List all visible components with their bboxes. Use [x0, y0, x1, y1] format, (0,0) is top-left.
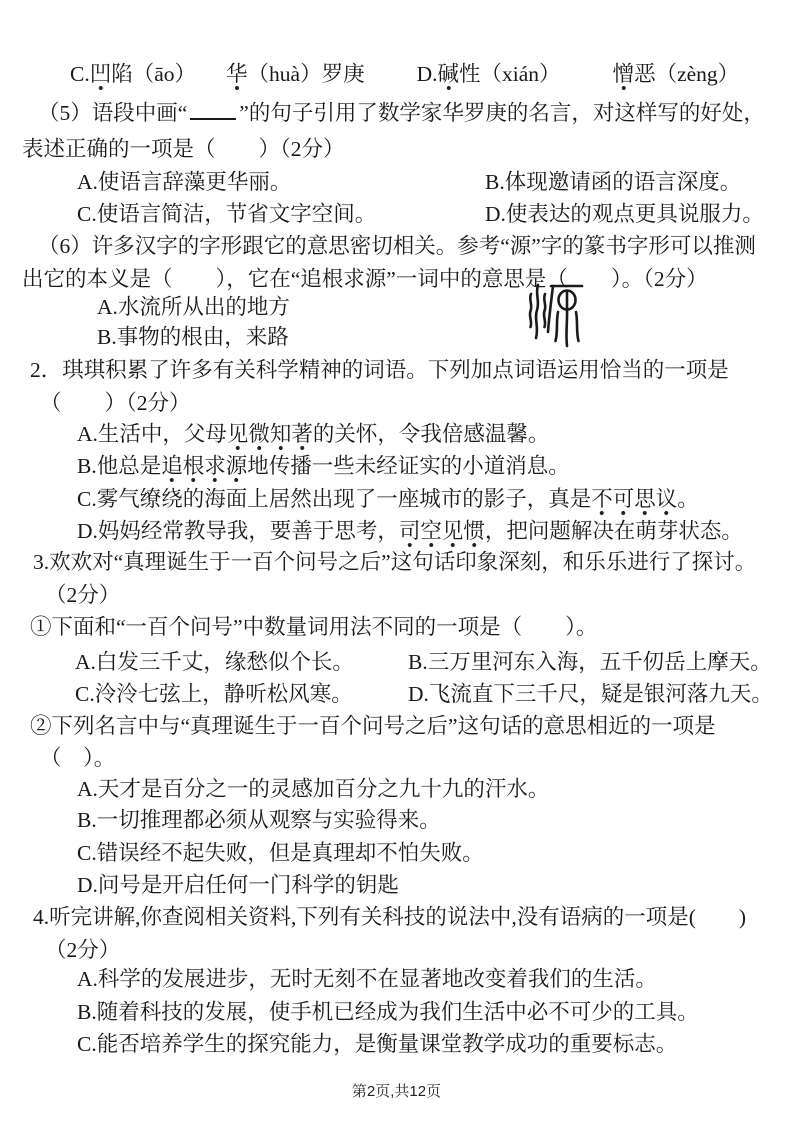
text-run: 的关怀，令我倍感温馨。 [313, 422, 550, 446]
q2-option-d: D.妈妈经常教导我，要善于思考，司空见惯，把问题解决在萌芽状态。 [0, 517, 793, 547]
q2-stem-line1: 2．琪琪积累了许多有关科学精神的词语。下列加点词语运用恰当的一项是 [0, 356, 793, 386]
text-run: （5）语段中画“ [38, 101, 187, 125]
text-run: D.使表达的观点更具说服力。 [485, 202, 764, 226]
text-run: （huà）罗庚 [248, 62, 365, 86]
line-part: C.泠泠七弦上，静听松风寒。 [75, 680, 353, 708]
line-part: ①下面和“一百个问号”中数量词用法不同的一项是（ ）。 [30, 613, 597, 641]
text-run: 。 [677, 487, 699, 511]
text-run: 恶（zèng） [634, 62, 739, 86]
q4-stem-line2: （2分） [0, 936, 793, 966]
q3-stem-line1: 3.欢欢对“真理诞生于一百个问号之后”这句话印象深刻，和乐乐进行了探讨。 [0, 548, 793, 578]
emphasis-dotted-word: 见微知著 [227, 422, 313, 451]
q1-6-option-a: A.水流所从出的地方 [0, 293, 793, 323]
line-part: D.问号是开启任何一门科学的钥匙 [77, 871, 399, 899]
text-run: （2分） [45, 583, 120, 607]
q2-option-b: B.他总是追根求源地传播一些未经证实的小道消息。 [0, 452, 793, 482]
spacer [365, 80, 417, 81]
line-part: C.雾气缭绕的海面上居然出现了一座城市的影子，真是不可思议。 [77, 485, 699, 513]
q1-5-options-cd: C.使语言简洁，节省文字空间。D.使表达的观点更具说服力。 [0, 200, 793, 230]
text-run: B.三万里河东入海，五千仞岳上摩天。 [408, 650, 772, 674]
line-part: 表述正确的一项是（ ）（2分） [22, 135, 345, 163]
text-run: ”的句子引用了数学家华罗庚的名言，对这样写的好处， [239, 101, 765, 125]
q4-stem-line1: 4.听完讲解,你查阅相关资料,下列有关科技的说法中,没有语病的一项是( ) [0, 903, 793, 933]
line-part: D.使表达的观点更具说服力。 [485, 200, 764, 228]
q3-sub1-options-ab: A.白发三千丈，缘愁似个长。B.三万里河东入海，五千仞岳上摩天。 [0, 648, 793, 678]
line-part: （6）许多汉字的字形跟它的意思密切相关。参考“源”字的篆书字形可以推测 [38, 232, 756, 260]
q3-sub2-stem-line2: （ ）。 [0, 744, 793, 774]
text-run: D.问号是开启任何一门科学的钥匙 [77, 873, 399, 897]
q4-option-a: A.科学的发展进步，无时无刻不在显著地改变着我们的生活。 [0, 965, 793, 995]
exam-page: C.凹陷（āo）华（huà）罗庚D.碱性（xián）憎恶（zèng）（5）语段中… [0, 0, 793, 1122]
line-part: C.能否培养学生的探究能力，是衡量课堂教学成功的重要标志。 [77, 1030, 677, 1058]
text-run: B.体现邀请函的语言深度。 [485, 170, 741, 194]
text-run: A.天才是百分之一的灵感加百分之九十九的汗水。 [77, 777, 549, 801]
line-part: A.使语言辞藻更华丽。 [77, 168, 291, 196]
q1-6-stem-line2: 出它的本义是（ ），它在“追根求源”一词中的意思是（ ）。（2分） [0, 265, 793, 295]
text-run: 地传播一些未经证实的小道消息。 [247, 454, 570, 478]
text-run: 出它的本义是（ ），它在“追根求源”一词中的意思是（ ）。（2分） [22, 267, 708, 291]
line-part: B.事物的根由，来路 [97, 323, 289, 351]
text-run: A.科学的发展进步，无时无刻不在显著地改变着我们的生活。 [77, 967, 657, 991]
line-part: 3.欢欢对“真理诞生于一百个问号之后”这句话印象深刻，和乐乐进行了探讨。 [33, 548, 756, 576]
text-run: ①下面和“一百个问号”中数量词用法不同的一项是（ ）。 [30, 615, 597, 639]
line-part: 4.听完讲解,你查阅相关资料,下列有关科技的说法中,没有语病的一项是( ) [33, 903, 746, 931]
q4-option-b: B.随着科技的发展，使手机已经成为我们生活中必不可少的工具。 [0, 998, 793, 1028]
text-run: ，把问题解决在萌芽状态。 [485, 519, 743, 543]
text-run: A.水流所从出的地方 [97, 295, 290, 319]
q3-stem-line2: （2分） [0, 581, 793, 611]
q1-option-cd-pronunciation: C.凹陷（āo）华（huà）罗庚D.碱性（xián）憎恶（zèng） [0, 60, 793, 90]
text-run: 表述正确的一项是（ ）（2分） [22, 137, 345, 161]
text-run: 性（xián） [459, 62, 561, 86]
text-run: A.生活中，父母 [77, 422, 227, 446]
q3-sub2-stem-line1: ②下列名言中与“真理诞生于一百个问号之后”这句话的意思相近的一项是 [0, 712, 793, 742]
text-run: B.随着科技的发展，使手机已经成为我们生活中必不可少的工具。 [77, 1000, 699, 1024]
line-part: （2分） [45, 936, 120, 964]
text-run: A.白发三千丈，缘愁似个长。 [75, 650, 354, 674]
q3-sub2-option-b: B.一切推理都必须从观察与实验得来。 [0, 806, 793, 836]
seal-script-yuan-icon [524, 278, 586, 352]
line-part: B.他总是追根求源地传播一些未经证实的小道消息。 [77, 452, 570, 480]
line-part: （ ）。 [40, 744, 115, 772]
line-part: B.一切推理都必须从观察与实验得来。 [77, 806, 441, 834]
line-part: 出它的本义是（ ），它在“追根求源”一词中的意思是（ ）。（2分） [22, 265, 708, 293]
q3-sub1-stem: ①下面和“一百个问号”中数量词用法不同的一项是（ ）。 [0, 613, 793, 643]
line-part: B.三万里河东入海，五千仞岳上摩天。 [408, 648, 772, 676]
q1-6-stem-line1: （6）许多汉字的字形跟它的意思密切相关。参考“源”字的篆书字形可以推测 [0, 232, 793, 262]
text-run: C. [70, 62, 90, 86]
line-part: ②下列名言中与“真理诞生于一百个问号之后”这句话的意思相近的一项是 [30, 712, 716, 740]
line-part: 2．琪琪积累了许多有关科学精神的词语。下列加点词语运用恰当的一项是 [30, 356, 729, 384]
text-run: D. [417, 62, 438, 86]
emphasis-dotted-word: 司空见惯 [399, 519, 485, 548]
line-part: A.水流所从出的地方 [97, 293, 290, 321]
line-part: C.使语言简洁，节省文字空间。 [77, 200, 376, 228]
text-run: 4.听完讲解,你查阅相关资料,下列有关科技的说法中,没有语病的一项是( ) [33, 905, 746, 929]
text-run: B.事物的根由，来路 [97, 325, 289, 349]
q2-option-c: C.雾气缭绕的海面上居然出现了一座城市的影子，真是不可思议。 [0, 485, 793, 515]
q4-option-c: C.能否培养学生的探究能力，是衡量课堂教学成功的重要标志。 [0, 1030, 793, 1060]
page-footer: 第2页,共12页 [0, 1080, 793, 1101]
text-run: C.错误经不起失败，但是真理却不怕失败。 [77, 841, 484, 865]
line-part: D.妈妈经常教导我，要善于思考，司空见惯，把问题解决在萌芽状态。 [77, 517, 743, 545]
line-part: （2分） [45, 581, 120, 609]
emphasis-dotted-word: 追根求源 [161, 454, 247, 483]
text-run: C.使语言简洁，节省文字空间。 [77, 202, 376, 226]
text-run: A.使语言辞藻更华丽。 [77, 170, 291, 194]
q1-5-stem-line1: （5）语段中画“”的句子引用了数学家华罗庚的名言，对这样写的好处， [0, 99, 793, 129]
emphasis-dotted-word: 憎 [613, 62, 635, 91]
text-run: 3.欢欢对“真理诞生于一百个问号之后”这句话印象深刻，和乐乐进行了探讨。 [33, 550, 756, 574]
q3-sub2-option-d: D.问号是开启任何一门科学的钥匙 [0, 871, 793, 901]
q2-option-a: A.生活中，父母见微知著的关怀，令我倍感温馨。 [0, 420, 793, 450]
text-run: 2．琪琪积累了许多有关科学精神的词语。下列加点词语运用恰当的一项是 [30, 358, 729, 382]
text-run: （ ）（2分） [40, 391, 191, 415]
emphasis-dotted-word: 不可思议 [591, 487, 677, 516]
line-part: C.凹陷（āo）华（huà）罗庚D.碱性（xián）憎恶（zèng） [70, 60, 739, 88]
text-run: （ ）。 [40, 746, 115, 770]
text-run: B.他总是 [77, 454, 161, 478]
blank-underline [190, 101, 236, 120]
line-part: A.科学的发展进步，无时无刻不在显著地改变着我们的生活。 [77, 965, 657, 993]
line-part: （ ）（2分） [40, 389, 191, 417]
q1-6-option-b: B.事物的根由，来路 [0, 323, 793, 353]
line-part: C.错误经不起失败，但是真理却不怕失败。 [77, 839, 484, 867]
q3-sub2-option-a: A.天才是百分之一的灵感加百分之九十九的汗水。 [0, 775, 793, 805]
line-part: D.飞流直下三千尺，疑是银河落九天。 [408, 680, 773, 708]
line-part: A.生活中，父母见微知著的关怀，令我倍感温馨。 [77, 420, 549, 448]
emphasis-dotted-word: 碱 [438, 62, 460, 91]
line-part: （5）语段中画“”的句子引用了数学家华罗庚的名言，对这样写的好处， [38, 99, 765, 127]
line-part: A.白发三千丈，缘愁似个长。 [75, 648, 354, 676]
emphasis-dotted-word: 凹 [90, 62, 112, 91]
line-part: B.体现邀请函的语言深度。 [485, 168, 741, 196]
text-run: C.能否培养学生的探究能力，是衡量课堂教学成功的重要标志。 [77, 1032, 677, 1056]
text-run: C.雾气缭绕的海面上居然出现了一座城市的影子，真是 [77, 487, 591, 511]
q2-stem-line2: （ ）（2分） [0, 389, 793, 419]
text-run: ②下列名言中与“真理诞生于一百个问号之后”这句话的意思相近的一项是 [30, 714, 716, 738]
text-run: 陷（āo） [111, 62, 196, 86]
q1-5-stem-line2: 表述正确的一项是（ ）（2分） [0, 135, 793, 165]
text-run: D.飞流直下三千尺，疑是银河落九天。 [408, 682, 773, 706]
line-part: A.天才是百分之一的灵感加百分之九十九的汗水。 [77, 775, 549, 803]
q3-sub1-options-cd: C.泠泠七弦上，静听松风寒。D.飞流直下三千尺，疑是银河落九天。 [0, 680, 793, 710]
q1-5-options-ab: A.使语言辞藻更华丽。B.体现邀请函的语言深度。 [0, 168, 793, 198]
line-part: B.随着科技的发展，使手机已经成为我们生活中必不可少的工具。 [77, 998, 699, 1026]
text-run: C.泠泠七弦上，静听松风寒。 [75, 682, 353, 706]
text-run: （2分） [45, 938, 120, 962]
spacer [196, 80, 226, 81]
spacer [561, 80, 613, 81]
text-run: B.一切推理都必须从观察与实验得来。 [77, 808, 441, 832]
text-run: D.妈妈经常教导我，要善于思考， [77, 519, 399, 543]
emphasis-dotted-word: 华 [226, 62, 248, 91]
q3-sub2-option-c: C.错误经不起失败，但是真理却不怕失败。 [0, 839, 793, 869]
text-run: （6）许多汉字的字形跟它的意思密切相关。参考“源”字的篆书字形可以推测 [38, 234, 756, 258]
